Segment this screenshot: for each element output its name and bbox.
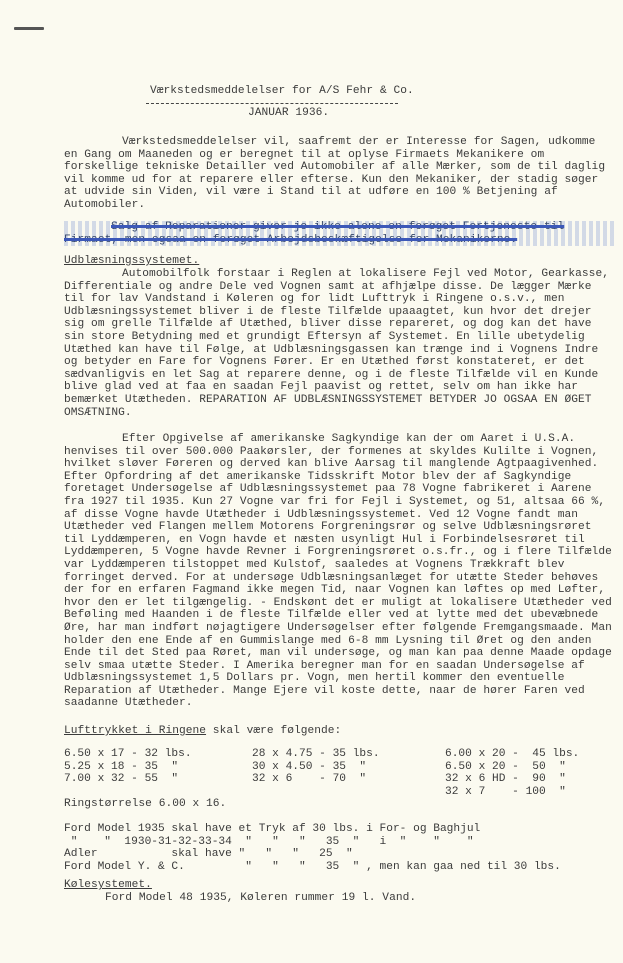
tire-pressure-heading: Lufttrykket i Ringene [64,725,206,737]
cooling-line: Ford Model 48 1935, Køleren rummer 19 l.… [105,892,416,905]
exhaust-paragraph-1: Automobilfolk forstaar i Reglen at lokal… [64,268,614,419]
ford-row: Ford Model Y. & C. " " " 35 " , men kan … [64,861,561,874]
rim-size-line: Ringstørrelse 6.00 x 16. [64,798,226,811]
ford-row: Ford Model 1935 skal have et Tryk af 30 … [64,823,561,836]
document-page: Værkstedsmeddelelser for A/S Fehr & Co. … [0,0,623,963]
tire-row: 6.00 x 20 - 45 lbs. [445,748,579,761]
tire-row: 32 x 6 - 70 " [252,773,380,786]
tire-row: 6.50 x 20 - 50 " [445,761,579,774]
intro-paragraph: Værkstedsmeddelelser vil, saafremt der e… [64,136,614,212]
section-heading-exhaust: Udblæsningssystemet. [64,255,199,268]
ford-pressure-list: Ford Model 1935 skal have et Tryk af 30 … [64,823,561,873]
margin-mark [14,27,44,30]
tire-row: 32 x 6 HD - 90 " [445,773,579,786]
document-date: JANUAR 1936. [248,107,329,120]
tire-row: 6.50 x 17 - 32 lbs. [64,748,192,761]
struck-through-paragraph: Salg af Reparationer giver jo ikke alene… [64,221,614,246]
tire-row: 7.00 x 32 - 55 " [64,773,192,786]
tire-row: 28 x 4.75 - 35 lbs. [252,748,380,761]
exhaust-paragraph-2: Efter Opgivelse af amerikanske Sagkyndig… [64,433,614,710]
ford-row: Adler skal have " " " 25 " [64,848,561,861]
section-heading-cooling: Kølesystemet. [64,879,152,892]
tire-table-column-1: 6.50 x 17 - 32 lbs.5.25 x 18 - 35 "7.00 … [64,748,192,786]
tire-row: 32 x 7 - 100 " [445,786,579,799]
tire-row: 5.25 x 18 - 35 " [64,761,192,774]
ford-row: " " 1930-31-32-33-34 " " " 35 " i " " " [64,836,561,849]
tire-pressure-heading-line: Lufttrykket i Ringene skal være følgende… [64,725,341,738]
document-title: Værkstedsmeddelelser for A/S Fehr & Co. [150,85,414,98]
tire-row: 30 x 4.50 - 35 " [252,761,380,774]
title-underline [146,103,398,104]
tire-table-column-3: 6.00 x 20 - 45 lbs.6.50 x 20 - 50 "32 x … [445,748,579,798]
tire-table-column-2: 28 x 4.75 - 35 lbs.30 x 4.50 - 35 "32 x … [252,748,380,786]
tire-pressure-heading-suffix: skal være følgende: [206,725,341,737]
